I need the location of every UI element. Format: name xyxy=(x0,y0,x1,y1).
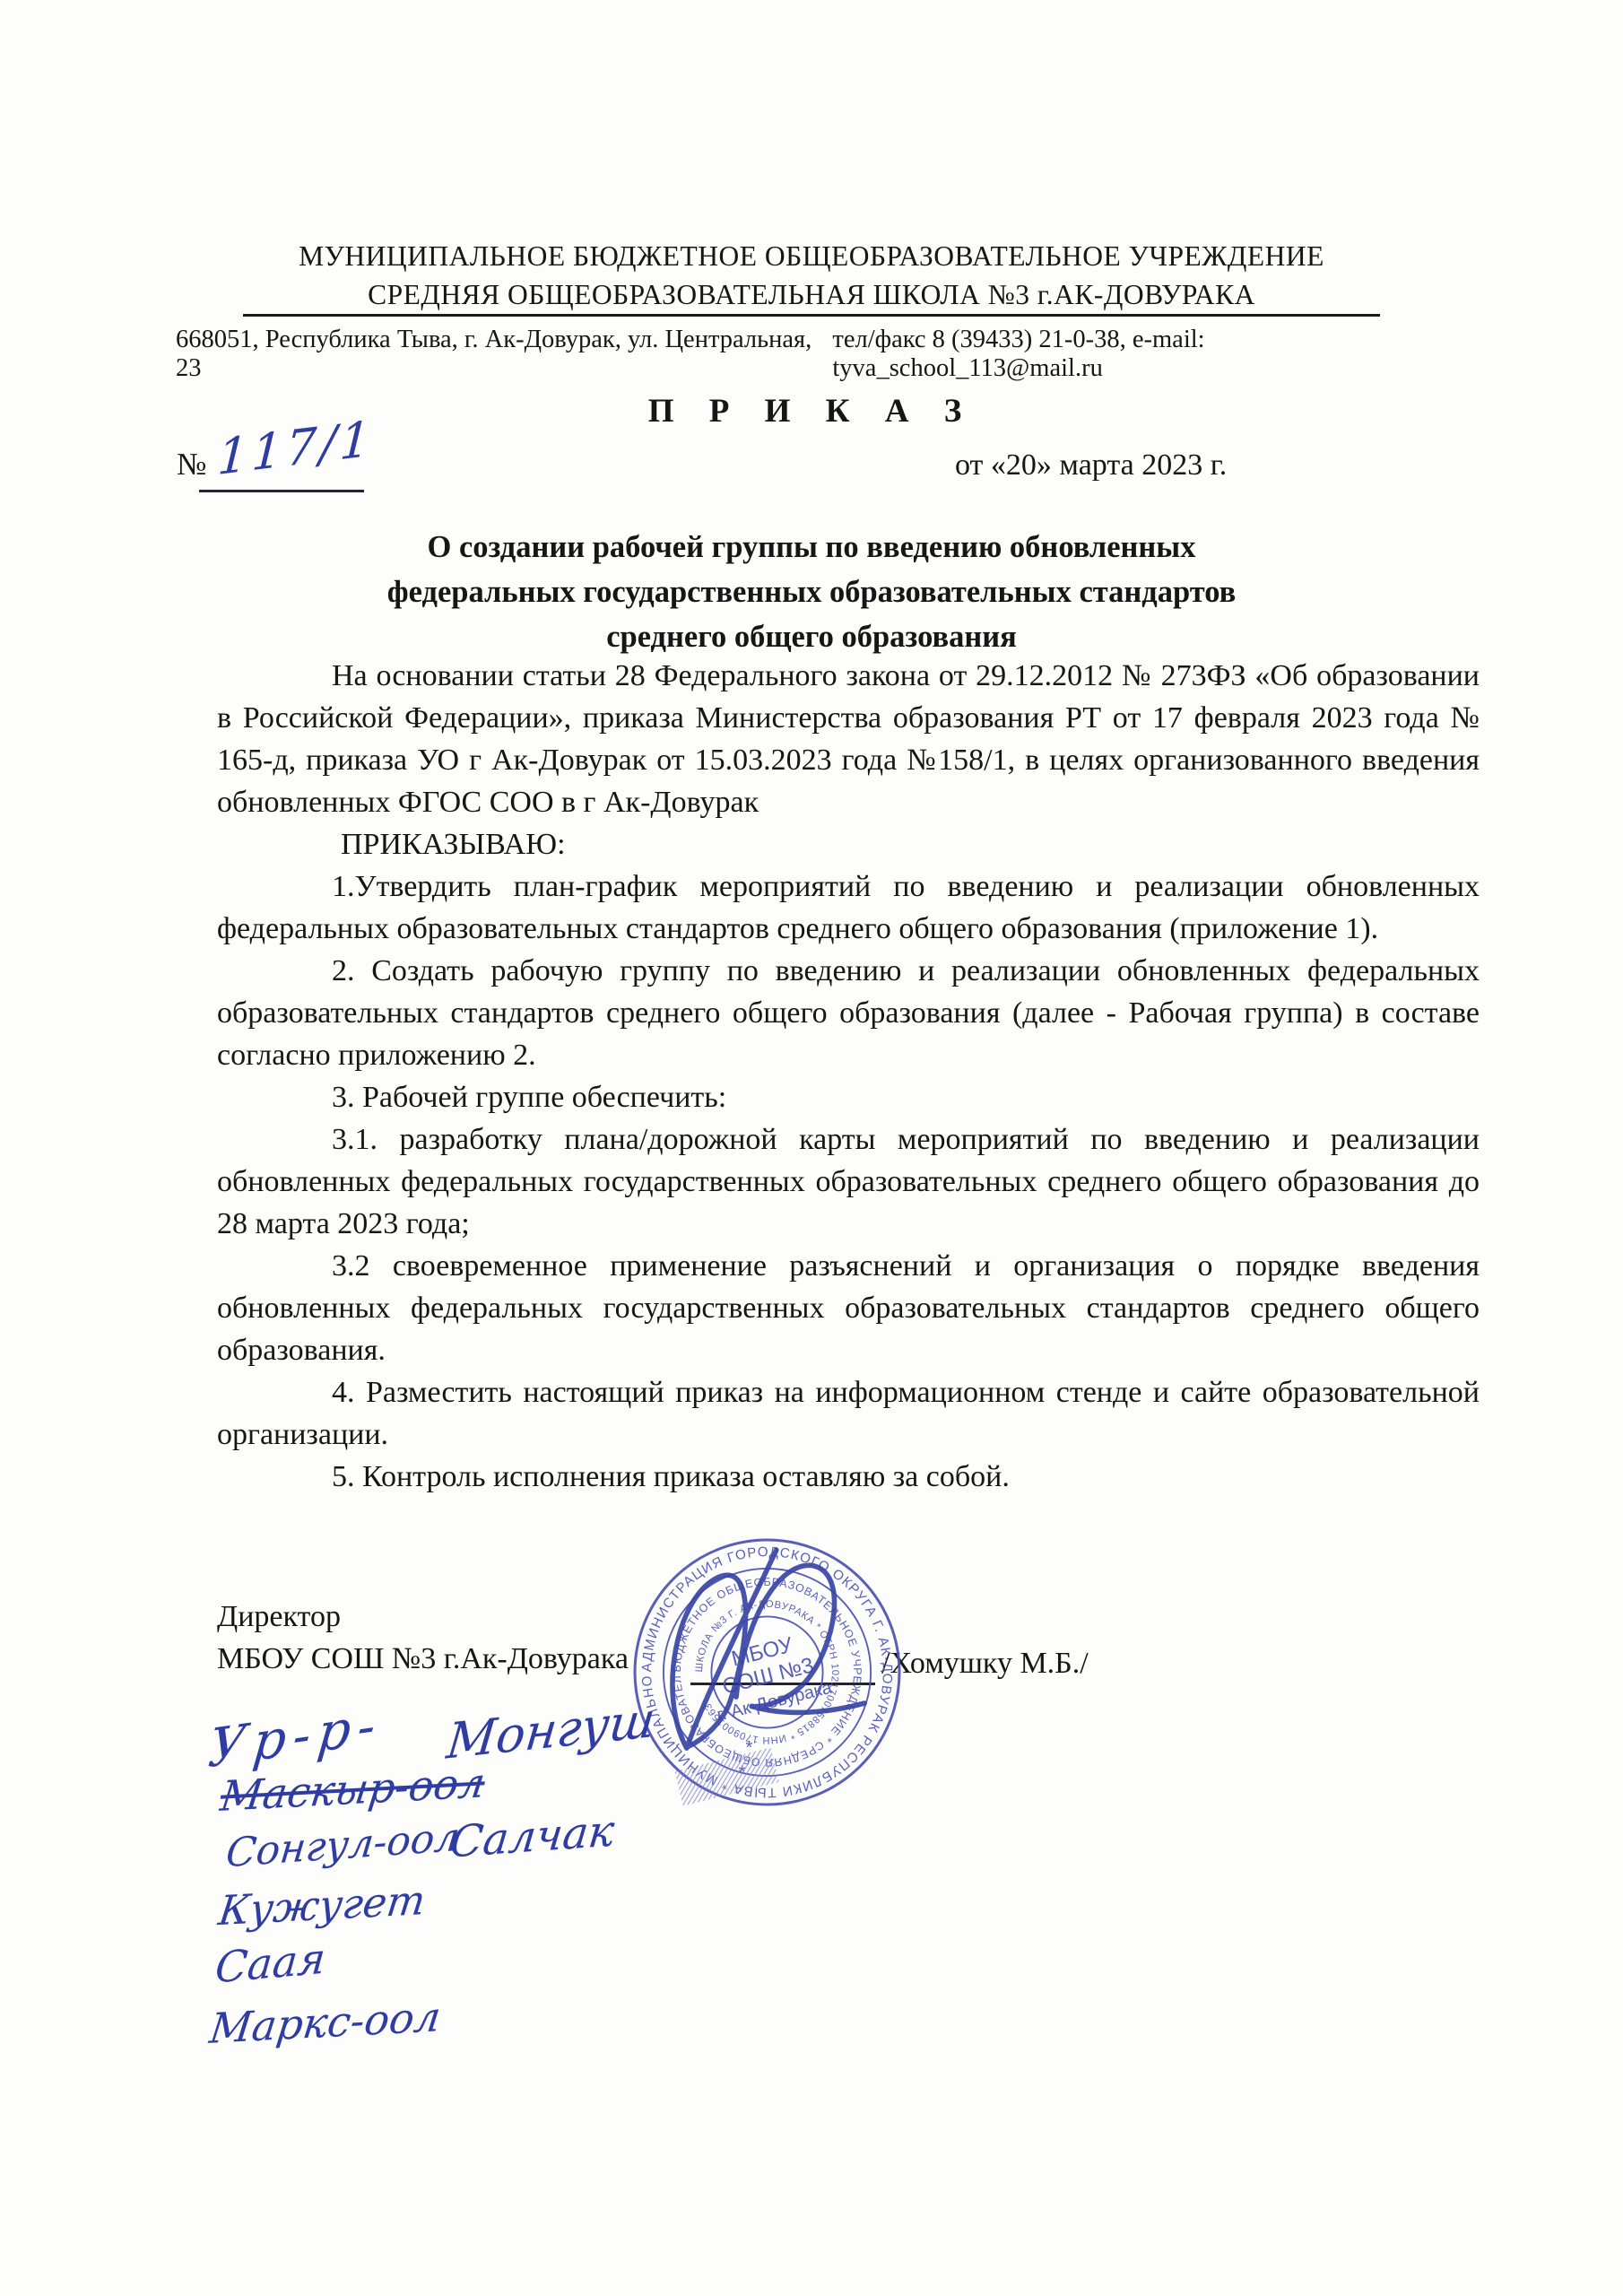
scanned-order-document: МУНИЦИПАЛЬНОЕ БЮДЖЕТНОЕ ОБЩЕОБРАЗОВАТЕЛЬ… xyxy=(0,0,1623,2296)
order-number-underline xyxy=(199,490,364,492)
org-short-name: МБОУ СОШ №3 г.Ак-Довурака xyxy=(217,1638,629,1680)
order-item-3: 3. Рабочей группе обеспечить: xyxy=(217,1076,1480,1118)
director-label: Директор xyxy=(217,1596,629,1638)
order-subject: О создании рабочей группы по введению об… xyxy=(0,525,1623,659)
resolution-word: ПРИКАЗЫВАЮ: xyxy=(217,823,1480,865)
handwritten-signature-5: Саая xyxy=(213,1934,328,1993)
order-item-3-1: 3.1. разработку плана/дорожной карты мер… xyxy=(217,1118,1480,1245)
subject-line-2: федеральных государственных образователь… xyxy=(0,570,1623,614)
order-item-5: 5. Контроль исполнения приказа оставляю … xyxy=(217,1456,1480,1498)
subject-line-1: О создании рабочей группы по введению об… xyxy=(0,525,1623,570)
address-left: 668051, Республика Тыва, г. Ак-Довурак, … xyxy=(176,326,832,383)
letterhead-address: 668051, Республика Тыва, г. Ак-Довурак, … xyxy=(176,326,1471,383)
order-number-row: № 117/1 от «20» марта 2023 г. xyxy=(0,438,1623,500)
order-body: На основании статьи 28 Федерального зако… xyxy=(217,655,1480,1498)
order-item-1: 1.Утвердить план-график мероприятий по в… xyxy=(217,865,1480,950)
org-name-underline: СРЕДНЯЯ ОБЩЕОБРАЗОВАТЕЛЬНАЯ ШКОЛА №3 г.А… xyxy=(243,279,1380,317)
address-right: тел/факс 8 (39433) 21-0-38, e-mail: tyva… xyxy=(832,326,1471,383)
signature-block: Директор МБОУ СОШ №3 г.Ак-Довурака xyxy=(217,1596,629,1680)
order-number-label: № xyxy=(177,447,206,483)
order-item-2: 2. Создать рабочую группу по введению и … xyxy=(217,950,1480,1076)
handwritten-signature-8: Салчак xyxy=(447,1805,617,1867)
handwritten-signature-3: Сонгул-оол xyxy=(224,1814,463,1877)
org-name-line2: СРЕДНЯЯ ОБЩЕОБРАЗОВАТЕЛЬНАЯ ШКОЛА №3 г.А… xyxy=(368,279,1255,310)
official-stamp: АДМИНИСТРАЦИЯ ГОРОДСКОГО ОКРУГА Г. АК-ДО… xyxy=(612,1518,922,1827)
preamble-paragraph: На основании статьи 28 Федерального зако… xyxy=(217,655,1480,823)
handwritten-signature-6: Маркс-оол xyxy=(207,1992,444,2053)
letterhead: МУНИЦИПАЛЬНОЕ БЮДЖЕТНОЕ ОБЩЕОБРАЗОВАТЕЛЬ… xyxy=(0,240,1623,383)
handwritten-signature-4: Кужугет xyxy=(216,1876,428,1935)
subject-line-3: среднего общего образования xyxy=(0,614,1623,659)
org-name-line1: МУНИЦИПАЛЬНОЕ БЮДЖЕТНОЕ ОБЩЕОБРАЗОВАТЕЛЬ… xyxy=(0,240,1623,273)
order-date: от «20» марта 2023 г. xyxy=(955,448,1227,483)
order-item-4: 4. Разместить настоящий приказ на информ… xyxy=(217,1371,1480,1456)
order-item-3-2: 3.2 своевременное применение разъяснений… xyxy=(217,1245,1480,1371)
doc-type-title: П Р И К А З xyxy=(0,392,1623,430)
